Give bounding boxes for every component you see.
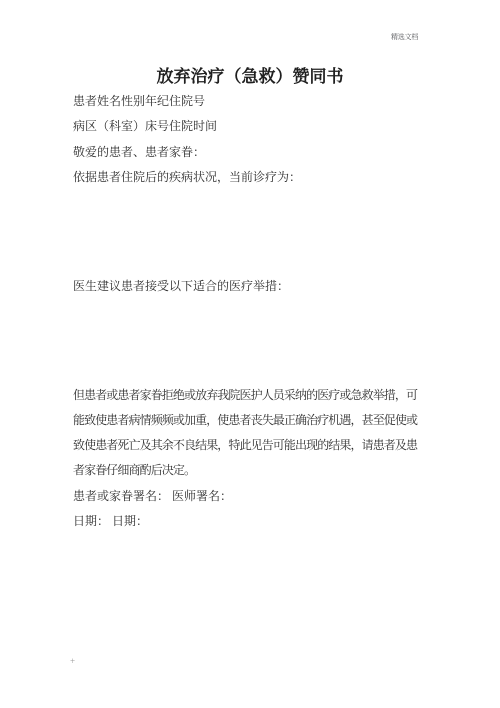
line-patient-name-info: 患者姓名性别年纪住院号 bbox=[73, 94, 205, 108]
line-diagnosis-intro: 依据患者住院后的疾病状况，当前诊疗为： bbox=[73, 170, 301, 184]
line-doctor-suggestion: 医生建议患者接受以下适合的医疗举措： bbox=[73, 279, 289, 293]
line-dates: 日期： 日期： bbox=[73, 514, 148, 528]
line-ward-bed-info: 病区（科室）床号住院时间 bbox=[73, 119, 217, 133]
line-consequence-paragraph-3: 致使患者死亡及其余不良结果，特此见告可能出现的结果，请患者及患 bbox=[73, 438, 417, 452]
line-signatures: 患者或家眷署名： 医师署名： bbox=[73, 489, 232, 503]
footer-mark: + bbox=[70, 656, 75, 666]
document-title: 放弃治疗（急救）赞同书 bbox=[0, 62, 500, 87]
line-consequence-paragraph-2: 能致使患者病情频频或加重，使患者丧失最正确治疗机遇，甚至促使或 bbox=[73, 413, 417, 427]
document-page: 精选文档 放弃治疗（急救）赞同书 患者姓名性别年纪住院号 病区（科室）床号住院时… bbox=[0, 0, 500, 708]
line-salutation: 敬爱的患者、患者家眷： bbox=[73, 145, 205, 159]
header-watermark-label: 精选文档 bbox=[391, 32, 418, 42]
line-consequence-paragraph-4: 者家眷仔细商酌后决定。 bbox=[73, 463, 195, 477]
line-consequence-paragraph-1: 但患者或患者家眷拒绝或放弃我院医护人员采纳的医疗或急救举措，可 bbox=[73, 388, 417, 402]
